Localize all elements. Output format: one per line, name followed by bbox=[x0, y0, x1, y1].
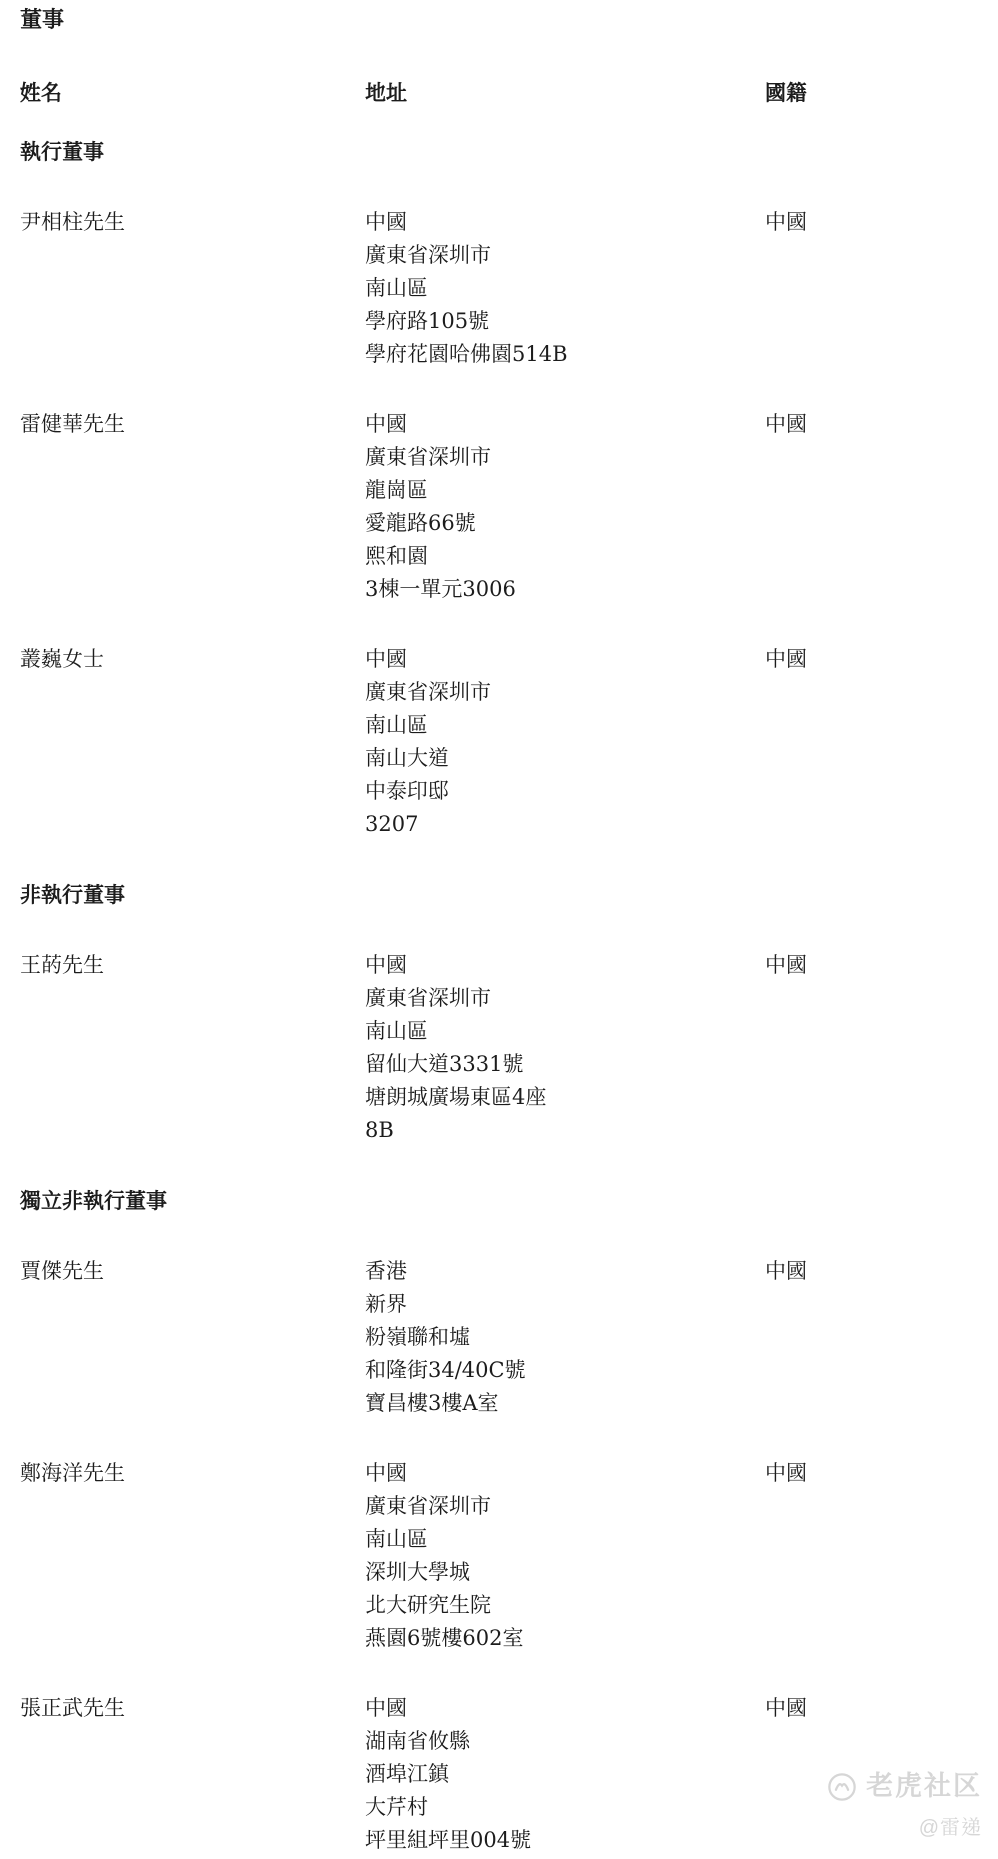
director-address: 中國 廣東省深圳市 南山區 學府路105號 學府花園哈佛園514B bbox=[365, 206, 765, 371]
director-nationality: 中國 bbox=[765, 1692, 988, 1725]
column-header-address: 地址 bbox=[365, 76, 765, 109]
address-line: 龍崗區 bbox=[365, 474, 765, 507]
section-heading-independent-non-executive-directors: 獨立非執行董事 bbox=[20, 1184, 988, 1217]
address-line: 南山區 bbox=[365, 1523, 765, 1556]
director-row: 王菂先生 中國 廣東省深圳市 南山區 留仙大道3331號 塘朗城廣場東區4座 8… bbox=[20, 949, 988, 1147]
address-line: 中國 bbox=[365, 949, 765, 982]
address-line: 酒埠江鎮 bbox=[365, 1758, 765, 1791]
address-line: 中泰印邸 bbox=[365, 775, 765, 808]
director-row: 雷健華先生 中國 廣東省深圳市 龍崗區 愛龍路66號 熙和園 3棟一單元3006… bbox=[20, 408, 988, 606]
director-address: 中國 湖南省攸縣 酒埠江鎮 大芹村 坪里組坪里004號 bbox=[365, 1692, 765, 1857]
address-line: 廣東省深圳市 bbox=[365, 441, 765, 474]
address-line: 廣東省深圳市 bbox=[365, 1490, 765, 1523]
address-line: 寶昌樓3樓A室 bbox=[365, 1387, 765, 1420]
director-name: 張正武先生 bbox=[20, 1692, 365, 1725]
address-line: 湖南省攸縣 bbox=[365, 1725, 765, 1758]
address-line: 廣東省深圳市 bbox=[365, 676, 765, 709]
director-name: 叢巍女士 bbox=[20, 643, 365, 676]
table-header: 姓名 地址 國籍 bbox=[20, 76, 988, 109]
page-title: 董事 bbox=[20, 4, 988, 37]
watermark-brand-text: 老虎社区 bbox=[866, 1770, 982, 1803]
address-line: 粉嶺聯和墟 bbox=[365, 1321, 765, 1354]
address-line: 香港 bbox=[365, 1255, 765, 1288]
address-line: 坪里組坪里004號 bbox=[365, 1824, 765, 1857]
watermark: 老虎社区 @雷递 bbox=[827, 1770, 982, 1845]
address-line: 大芹村 bbox=[365, 1791, 765, 1824]
director-row: 尹相柱先生 中國 廣東省深圳市 南山區 學府路105號 學府花園哈佛園514B … bbox=[20, 206, 988, 371]
director-address: 中國 廣東省深圳市 南山區 深圳大學城 北大研究生院 燕園6號樓602室 bbox=[365, 1457, 765, 1655]
address-line: 廣東省深圳市 bbox=[365, 982, 765, 1015]
director-nationality: 中國 bbox=[765, 408, 988, 441]
address-line: 中國 bbox=[365, 206, 765, 239]
column-header-nationality: 國籍 bbox=[765, 76, 988, 109]
director-name: 鄭海洋先生 bbox=[20, 1457, 365, 1490]
address-line: 北大研究生院 bbox=[365, 1589, 765, 1622]
director-address: 中國 廣東省深圳市 南山區 南山大道 中泰印邸 3207 bbox=[365, 643, 765, 841]
director-row: 鄭海洋先生 中國 廣東省深圳市 南山區 深圳大學城 北大研究生院 燕園6號樓60… bbox=[20, 1457, 988, 1655]
director-nationality: 中國 bbox=[765, 1255, 988, 1288]
address-line: 南山區 bbox=[365, 709, 765, 742]
address-line: 學府花園哈佛園514B bbox=[365, 338, 765, 371]
address-line: 中國 bbox=[365, 643, 765, 676]
address-line: 新界 bbox=[365, 1288, 765, 1321]
director-row: 賈傑先生 香港 新界 粉嶺聯和墟 和隆街34/40C號 寶昌樓3樓A室 中國 bbox=[20, 1255, 988, 1420]
address-line: 燕園6號樓602室 bbox=[365, 1622, 765, 1655]
address-line: 中國 bbox=[365, 1692, 765, 1725]
directors-page: 董事 姓名 地址 國籍 執行董事 尹相柱先生 中國 廣東省深圳市 南山區 學府路… bbox=[0, 0, 998, 1857]
address-line: 留仙大道3331號 bbox=[365, 1048, 765, 1081]
director-nationality: 中國 bbox=[765, 206, 988, 239]
address-line: 南山區 bbox=[365, 272, 765, 305]
director-name: 雷健華先生 bbox=[20, 408, 365, 441]
address-line: 南山區 bbox=[365, 1015, 765, 1048]
address-line: 中國 bbox=[365, 408, 765, 441]
director-name: 尹相柱先生 bbox=[20, 206, 365, 239]
section-heading-executive-directors: 執行董事 bbox=[20, 135, 988, 168]
director-nationality: 中國 bbox=[765, 643, 988, 676]
column-header-name: 姓名 bbox=[20, 76, 365, 109]
address-line: 8B bbox=[365, 1114, 765, 1147]
address-line: 3207 bbox=[365, 808, 765, 841]
director-row: 叢巍女士 中國 廣東省深圳市 南山區 南山大道 中泰印邸 3207 中國 bbox=[20, 643, 988, 841]
address-line: 廣東省深圳市 bbox=[365, 239, 765, 272]
director-address: 中國 廣東省深圳市 龍崗區 愛龍路66號 熙和園 3棟一單元3006 bbox=[365, 408, 765, 606]
director-address: 香港 新界 粉嶺聯和墟 和隆街34/40C號 寶昌樓3樓A室 bbox=[365, 1255, 765, 1420]
section-heading-non-executive-directors: 非執行董事 bbox=[20, 878, 988, 911]
address-line: 中國 bbox=[365, 1457, 765, 1490]
address-line: 南山大道 bbox=[365, 742, 765, 775]
tiger-logo-icon bbox=[827, 1772, 857, 1802]
director-nationality: 中國 bbox=[765, 1457, 988, 1490]
watermark-handle-text: @雷递 bbox=[827, 1812, 982, 1845]
address-line: 3棟一單元3006 bbox=[365, 573, 765, 606]
director-name: 賈傑先生 bbox=[20, 1255, 365, 1288]
address-line: 塘朗城廣場東區4座 bbox=[365, 1081, 765, 1114]
director-address: 中國 廣東省深圳市 南山區 留仙大道3331號 塘朗城廣場東區4座 8B bbox=[365, 949, 765, 1147]
address-line: 和隆街34/40C號 bbox=[365, 1354, 765, 1387]
address-line: 愛龍路66號 bbox=[365, 507, 765, 540]
address-line: 深圳大學城 bbox=[365, 1556, 765, 1589]
address-line: 學府路105號 bbox=[365, 305, 765, 338]
address-line: 熙和園 bbox=[365, 540, 765, 573]
director-name: 王菂先生 bbox=[20, 949, 365, 982]
director-nationality: 中國 bbox=[765, 949, 988, 982]
